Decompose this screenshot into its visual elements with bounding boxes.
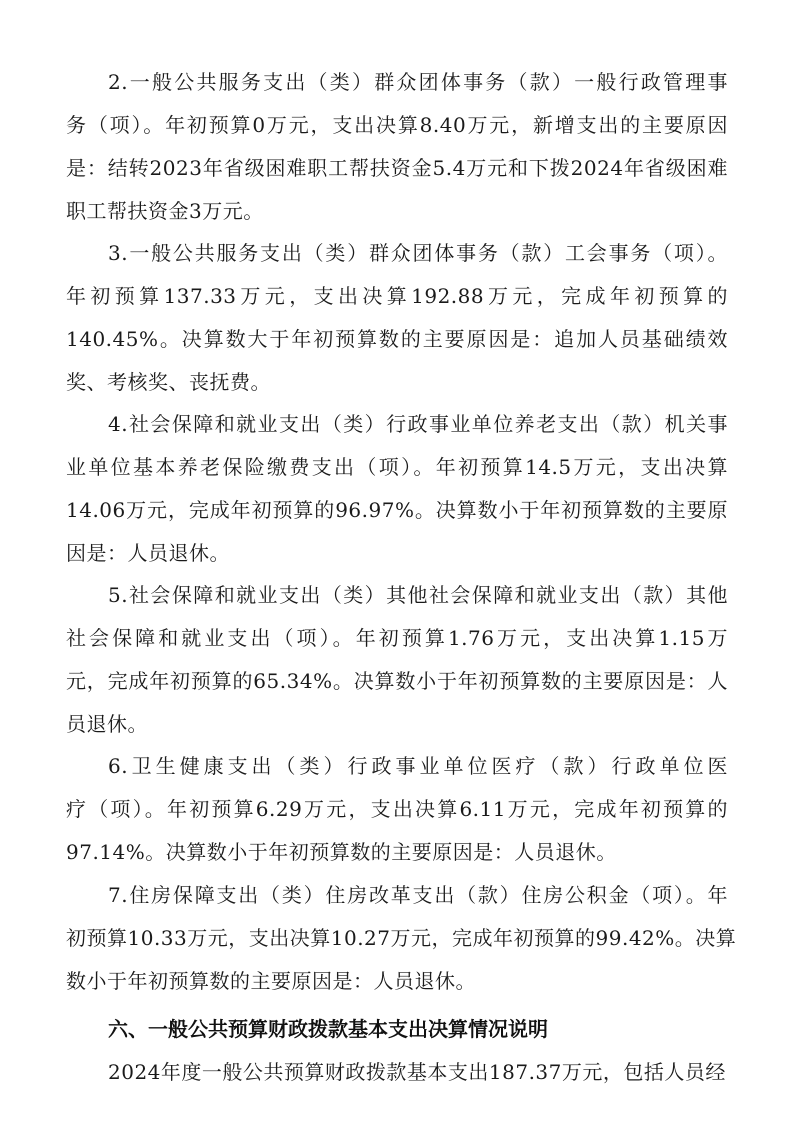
text-line: 140.45%。决算数大于年初预算数的主要原因是：追加人员基础绩效 [66,318,728,361]
section-heading: 六、一般公共预算财政拨款基本支出决算情况说明 [108,1008,548,1051]
text-line: 数小于年初预算数的主要原因是：人员退休。 [66,960,728,1003]
text-line: 14.06万元，完成年初预算的96.97%。决算数小于年初预算数的主要原 [66,489,728,532]
paragraph-item-6: 6.卫生健康支出（类）行政事业单位医疗（款）行政单位医 疗（项）。年初预算6.2… [66,745,728,874]
text-line: 97.14%。决算数小于年初预算数的主要原因是：人员退休。 [66,831,728,874]
paragraph-item-2: 2.一般公共服务支出（类）群众团体事务（款）一般行政管理事 务（项）。年初预算0… [66,61,728,233]
paragraph-item-3: 3.一般公共服务支出（类）群众团体事务（款）工会事务（项）。 年初预算137.3… [66,232,728,404]
document-page: 2.一般公共服务支出（类）群众团体事务（款）一般行政管理事 务（项）。年初预算0… [0,0,793,1122]
text-line: 员退休。 [66,703,728,746]
text-line: 6.卫生健康支出（类）行政事业单位医疗（款）行政单位医 [66,745,728,788]
text-line: 5.社会保障和就业支出（类）其他社会保障和就业支出（款）其他 [66,574,728,617]
text-line: 因是：人员退休。 [66,532,728,575]
text-line: 年初预算137.33万元，支出决算192.88万元，完成年初预算的 [66,275,728,318]
paragraph-item-7: 7.住房保障支出（类）住房改革支出（款）住房公积金（项）。年 初预算10.33万… [66,874,728,1003]
paragraph-item-4: 4.社会保障和就业支出（类）行政事业单位养老支出（款）机关事 业单位基本养老保险… [66,403,728,575]
paragraph-item-5: 5.社会保障和就业支出（类）其他社会保障和就业支出（款）其他 社会保障和就业支出… [66,574,728,746]
text-line: 4.社会保障和就业支出（类）行政事业单位养老支出（款）机关事 [66,403,728,446]
text-line: 2.一般公共服务支出（类）群众团体事务（款）一般行政管理事 [66,61,728,104]
section-paragraph: 2024年度一般公共预算财政拨款基本支出187.37万元，包括人员经 [66,1051,728,1094]
text-line: 职工帮扶资金3万元。 [66,190,728,233]
text-line: 是：结转2023年省级困难职工帮扶资金5.4万元和下拨2024年省级困难 [66,147,728,190]
text-line: 3.一般公共服务支出（类）群众团体事务（款）工会事务（项）。 [66,232,728,275]
text-line: 2024年度一般公共预算财政拨款基本支出187.37万元，包括人员经 [66,1051,728,1094]
text-line: 业单位基本养老保险缴费支出（项）。年初预算14.5万元，支出决算 [66,446,728,489]
text-line: 初预算10.33万元，支出决算10.27万元，完成年初预算的99.42%。决算 [66,917,728,960]
text-line: 社会保障和就业支出（项）。年初预算1.76万元，支出决算1.15万 [66,617,728,660]
text-line: 7.住房保障支出（类）住房改革支出（款）住房公积金（项）。年 [66,874,728,917]
text-line: 疗（项）。年初预算6.29万元，支出决算6.11万元，完成年初预算的 [66,788,728,831]
text-line: 元，完成年初预算的65.34%。决算数小于年初预算数的主要原因是：人 [66,660,728,703]
text-line: 务（项）。年初预算0万元，支出决算8.40万元，新增支出的主要原因 [66,104,728,147]
text-line: 奖、考核奖、丧抚费。 [66,361,728,404]
